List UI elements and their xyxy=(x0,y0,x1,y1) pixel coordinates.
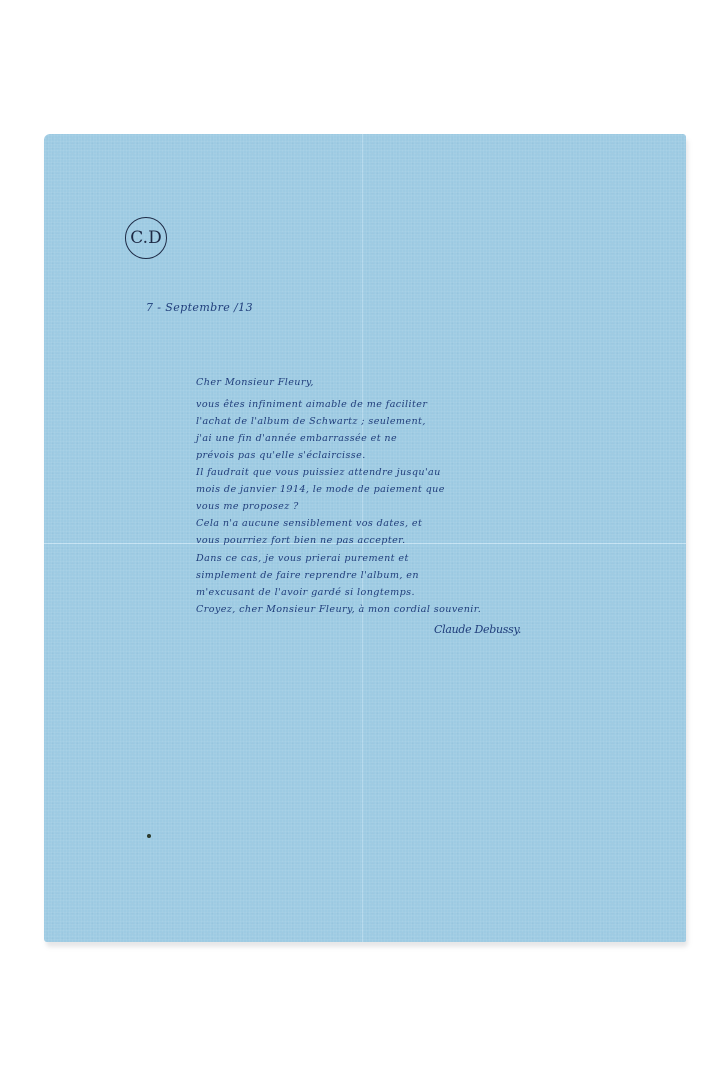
body-line: Dans ce cas, je vous prierai purement et xyxy=(196,553,409,564)
body-line: simplement de faire reprendre l'album, e… xyxy=(196,570,419,581)
letter-date: 7 - Septembre /13 xyxy=(146,301,253,314)
body-line: mois de janvier 1914, le mode de paiemen… xyxy=(196,484,445,495)
letter-paper: C.D 7 - Septembre /13 Cher Monsieur Fleu… xyxy=(44,134,686,942)
closing-line: Croyez, cher Monsieur Fleury, à mon cord… xyxy=(196,604,481,615)
body-line: j'ai une fin d'année embarrassée et ne xyxy=(196,433,397,444)
body-line: l'achat de l'album de Schwartz ; seuleme… xyxy=(196,416,426,427)
monogram-stamp-icon: C.D xyxy=(125,217,167,259)
body-line: m'excusant de l'avoir gardé si longtemps… xyxy=(196,587,415,598)
salutation: Cher Monsieur Fleury, xyxy=(196,377,314,388)
monogram-text: C.D xyxy=(130,228,161,248)
signature: Claude Debussy. xyxy=(434,623,521,636)
body-line: Cela n'a aucune sensiblement vos dates, … xyxy=(196,518,422,529)
body-line: vous me proposez ? xyxy=(196,501,299,512)
body-line: vous êtes infiniment aimable de me facil… xyxy=(196,399,427,410)
ink-spot xyxy=(147,834,151,838)
body-line: prévois pas qu'elle s'éclaircisse. xyxy=(196,450,366,461)
body-line: vous pourriez fort bien ne pas accepter. xyxy=(196,535,406,546)
body-line: Il faudrait que vous puissiez attendre j… xyxy=(196,467,441,478)
